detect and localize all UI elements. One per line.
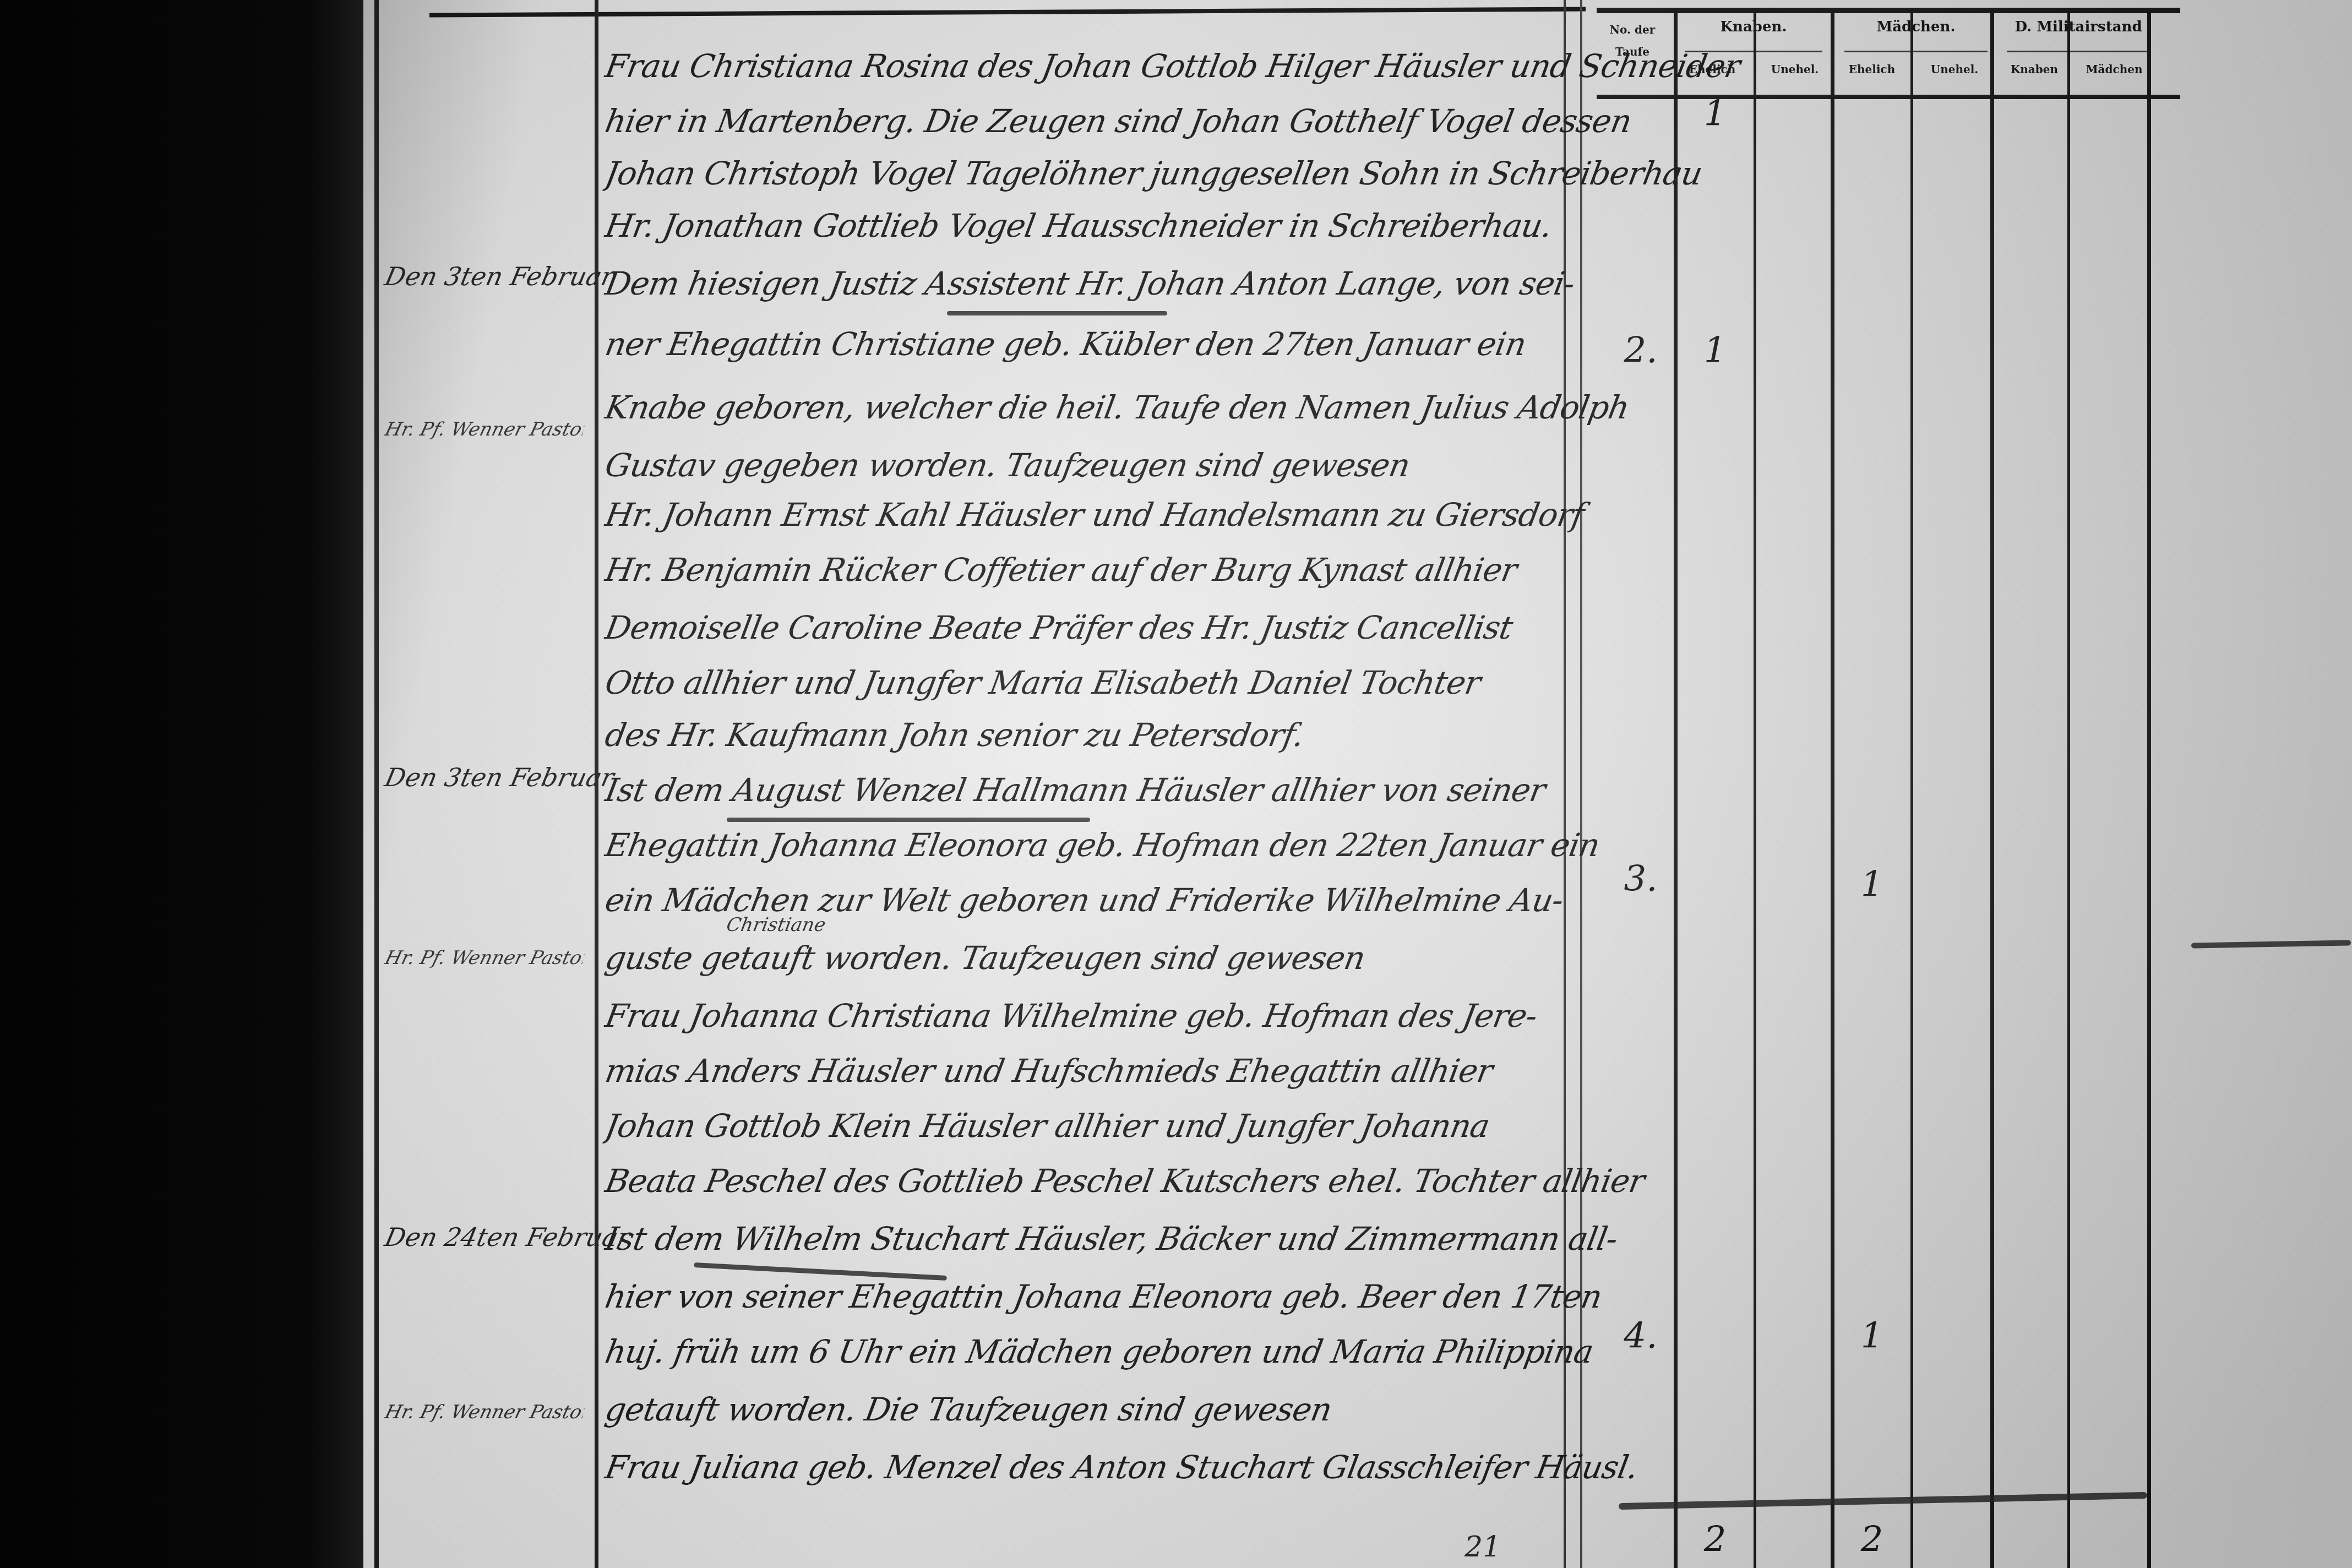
header-divider	[2007, 51, 2150, 52]
total-maedchen-ehelich: 2	[1833, 1520, 1910, 1560]
header-sub: Unehel.	[1756, 63, 1833, 76]
header-sub: Knaben	[1996, 63, 2073, 76]
header-sub: Mädchen	[2076, 63, 2153, 76]
total-knaben-ehelich: 2	[1679, 1520, 1751, 1560]
entry-date: Den 3ten Februar	[382, 763, 586, 792]
cell-knaben-ehelich: 1	[1679, 94, 1751, 134]
header-sub: Ehelich	[1833, 63, 1910, 76]
header-sub: Ehelich	[1674, 63, 1751, 76]
header-group-maedchen: Mädchen.	[1839, 19, 1993, 35]
page-number-fragment: 21	[1464, 1531, 1501, 1564]
register-page: Den 3ten Februar Hr. Pf. Wenner Pastor D…	[363, 0, 2352, 1568]
header-group-militair: D. Militairstand	[1999, 19, 2158, 35]
table-column-rule	[2147, 8, 2151, 1568]
table-column-rule	[1674, 8, 1678, 1568]
dark-background	[0, 0, 385, 1568]
cell-maedchen-ehelich: 1	[1833, 864, 1910, 905]
cell-number: 3.	[1608, 859, 1674, 900]
header-sub: Unehel.	[1916, 63, 1993, 76]
register-table: No. der Taufe Knaben. Ehelich Unehel. Mä…	[1597, 0, 2352, 1568]
cell-number: 4.	[1608, 1316, 1674, 1357]
entry-date: Den 24ten Februar	[382, 1222, 586, 1252]
officiant-note: Hr. Pf. Wenner Pastor	[383, 418, 586, 440]
strikethrough-mark	[2191, 940, 2351, 948]
cell-number: 2.	[1608, 330, 1674, 371]
name-underline	[727, 818, 1090, 822]
left-page-rule	[374, 0, 379, 1568]
top-rule-line	[429, 7, 1586, 18]
cell-knaben-ehelich: 1	[1679, 330, 1751, 371]
table-header: No. der Taufe Knaben. Ehelich Unehel. Mä…	[1597, 8, 2180, 99]
cell-maedchen-ehelich: 1	[1833, 1316, 1910, 1357]
table-column-rule	[1990, 8, 1994, 1568]
officiant-note: Hr. Pf. Wenner Pastor	[383, 1401, 586, 1423]
table-column-rule	[1910, 8, 1913, 1568]
entry-date: Den 3ten Februar	[382, 262, 586, 291]
table-column-rule	[1754, 8, 1756, 1568]
name-underline	[947, 311, 1167, 315]
header-number-col: No. der Taufe	[1597, 19, 1668, 63]
header-divider	[1844, 51, 1988, 52]
table-column-rule	[2067, 8, 2070, 1568]
officiant-note: Hr. Pf. Wenner Pastor	[383, 947, 586, 969]
